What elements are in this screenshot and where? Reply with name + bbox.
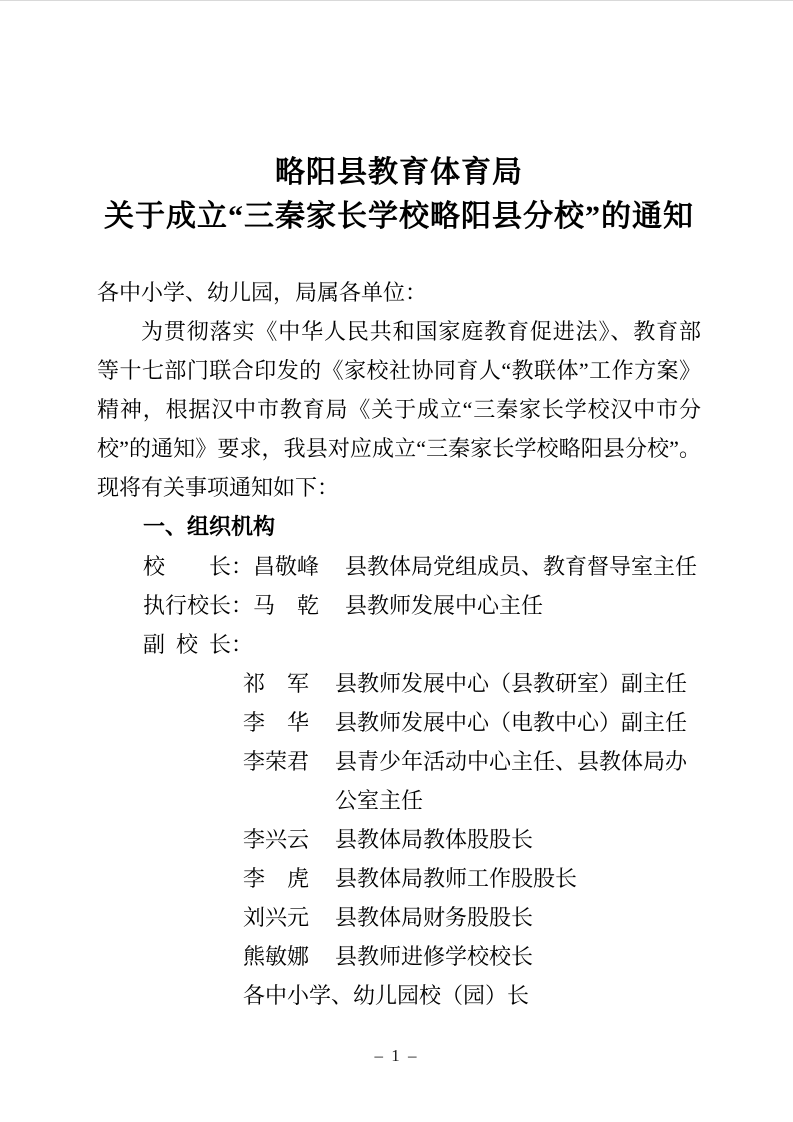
document-page: 略阳县教育体育局 关于成立“三秦家长学校略阳县分校”的通知 各中小学、幼儿园，局… [0, 0, 793, 1122]
roster-row-deputy: 刘兴元 县教体局财务股股长 [97, 898, 701, 937]
person-title: 县教师发展中心（电教中心）副主任 [335, 703, 701, 742]
salutation: 各中小学、幼儿园，局属各单位： [97, 273, 701, 312]
person-name: 祁 军 [243, 664, 335, 703]
roster-row-executive-principal: 执行校长： 马 乾 县教师发展中心主任 [97, 586, 701, 625]
roster-row-deputy: 熊敏娜 县教师进修学校校长 [97, 937, 701, 976]
person-name: 马 乾 [253, 586, 345, 625]
roster-row-deputy: 李荣君 县青少年活动中心主任、县教体局办公室主任 [97, 742, 701, 820]
role-colon: ： [231, 547, 253, 586]
roster-row-deputy: 李 虎 县教体局教师工作股股长 [97, 859, 701, 898]
section-heading-1: 一、组织机构 [97, 507, 701, 547]
person-name: 各中小学、幼儿园校（园）长 [243, 976, 529, 1015]
role-label: 校长 [143, 547, 231, 586]
person-name: 熊敏娜 [243, 937, 335, 976]
roster-row-deputy: 祁 军 县教师发展中心（县教研室）副主任 [97, 664, 701, 703]
roster-row-deputy: 李兴云 县教体局教体股股长 [97, 820, 701, 859]
role-label: 执行校长 [143, 586, 231, 625]
document-content: 略阳县教育体育局 关于成立“三秦家长学校略阳县分校”的通知 各中小学、幼儿园，局… [97, 1, 701, 1015]
role-colon: ： [231, 586, 253, 625]
person-name: 昌敬峰 [253, 547, 345, 586]
person-title: 县教体局党组成员、教育督导室主任 [345, 547, 701, 586]
person-name: 李兴云 [243, 820, 335, 859]
person-name: 刘兴元 [243, 898, 335, 937]
person-name: 李荣君 [243, 742, 335, 781]
person-name: 李 虎 [243, 859, 335, 898]
page-number: – 1 – [0, 1046, 793, 1066]
person-name: 李 华 [243, 703, 335, 742]
person-title: 县教体局教体股股长 [335, 820, 701, 859]
person-title: 县青少年活动中心主任、县教体局办公室主任 [335, 742, 701, 820]
title-line-subject: 关于成立“三秦家长学校略阳县分校”的通知 [97, 195, 701, 239]
roster-row-deputy: 李 华 县教师发展中心（电教中心）副主任 [97, 703, 701, 742]
roster-row-deputy: 各中小学、幼儿园校（园）长 [97, 976, 701, 1015]
body-paragraph: 为贯彻落实《中华人民共和国家庭教育促进法》、教育部等十七部门联合印发的《家校社协… [97, 312, 701, 507]
person-title: 县教师进修学校校长 [335, 937, 701, 976]
person-title: 县教师发展中心主任 [345, 586, 701, 625]
person-title: 县教体局教师工作股股长 [335, 859, 701, 898]
roster-row-principal: 校长： 昌敬峰 县教体局党组成员、教育督导室主任 [97, 547, 701, 586]
roster-row-vice-principal-label: 副校长： [97, 625, 701, 664]
leadership-roster: 校长： 昌敬峰 县教体局党组成员、教育督导室主任 执行校长： 马 乾 县教师发展… [97, 547, 701, 1015]
role-label: 副校长 [143, 625, 231, 664]
person-title: 县教师发展中心（县教研室）副主任 [335, 664, 701, 703]
title-line-issuer: 略阳县教育体育局 [97, 151, 701, 195]
role-colon: ： [231, 625, 253, 664]
person-title: 县教体局财务股股长 [335, 898, 701, 937]
document-title: 略阳县教育体育局 关于成立“三秦家长学校略阳县分校”的通知 [97, 151, 701, 239]
